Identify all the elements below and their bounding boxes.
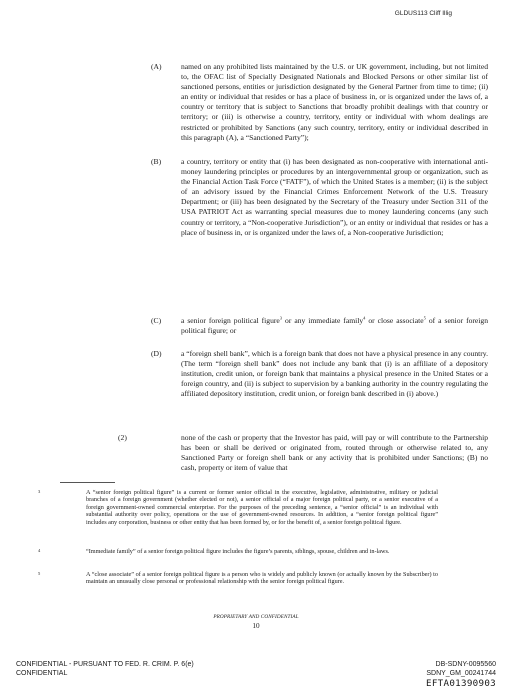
footnote-text: “Immediate family” of a senior foreign p… [86,548,438,555]
footnote-number: 4 [38,547,40,554]
confidential-line-2: CONFIDENTIAL [16,669,194,678]
footnote-text: A “senior foreign political figure” is a… [86,489,438,526]
clause-text: a country, territory or entity that (i) … [181,157,488,238]
confidential-stamp: CONFIDENTIAL - PURSUANT TO FED. R. CRIM.… [16,660,194,678]
footnote-3: 3 A “senior foreign political figure” is… [38,489,438,526]
confidential-line-1: CONFIDENTIAL - PURSUANT TO FED. R. CRIM.… [16,660,194,669]
proprietary-notice: PROPRIETARY AND CONFIDENTIAL [0,614,512,620]
footnote-4: 4 “Immediate family” of a senior foreign… [38,548,438,555]
bates-stamp: DB-SDNY-0095560 SDNY_GM_00241744 EFTA013… [426,660,496,689]
clause-d: (D) a “foreign shell bank”, which is a f… [151,349,488,399]
bates-number-efta: EFTA01390903 [426,678,496,689]
paragraph-2: (2) none of the cash or property that th… [118,433,488,473]
clause-b: (B) a country, territory or entity that … [151,157,488,238]
clause-text: named on any prohibited lists maintained… [181,62,488,143]
footnote-divider [60,482,115,483]
bates-number-db: DB-SDNY-0095560 [426,660,496,669]
paragraph-label: (2) [118,433,127,443]
footnote-text: A “close associate” of a senior foreign … [86,571,438,586]
page-number: 10 [0,622,512,630]
clause-label: (A) [151,62,162,72]
clause-label: (D) [151,349,162,359]
paragraph-text: none of the cash or property that the In… [181,433,488,473]
footnote-number: 3 [38,488,40,495]
clause-text: a senior foreign political figure3 or an… [181,316,488,336]
footnote-number: 5 [38,570,40,577]
clause-label: (B) [151,157,161,167]
footnote-5: 5 A “close associate” of a senior foreig… [38,571,438,586]
clause-text: a “foreign shell bank”, which is a forei… [181,349,488,399]
clause-a: (A) named on any prohibited lists mainta… [151,62,488,143]
clause-c: (C) a senior foreign political figure3 o… [151,316,488,336]
bates-number-sdny: SDNY_GM_00241744 [426,669,496,678]
document-header-tag: GLDUS113 Cliff Illig [395,10,452,17]
clause-label: (C) [151,316,161,326]
